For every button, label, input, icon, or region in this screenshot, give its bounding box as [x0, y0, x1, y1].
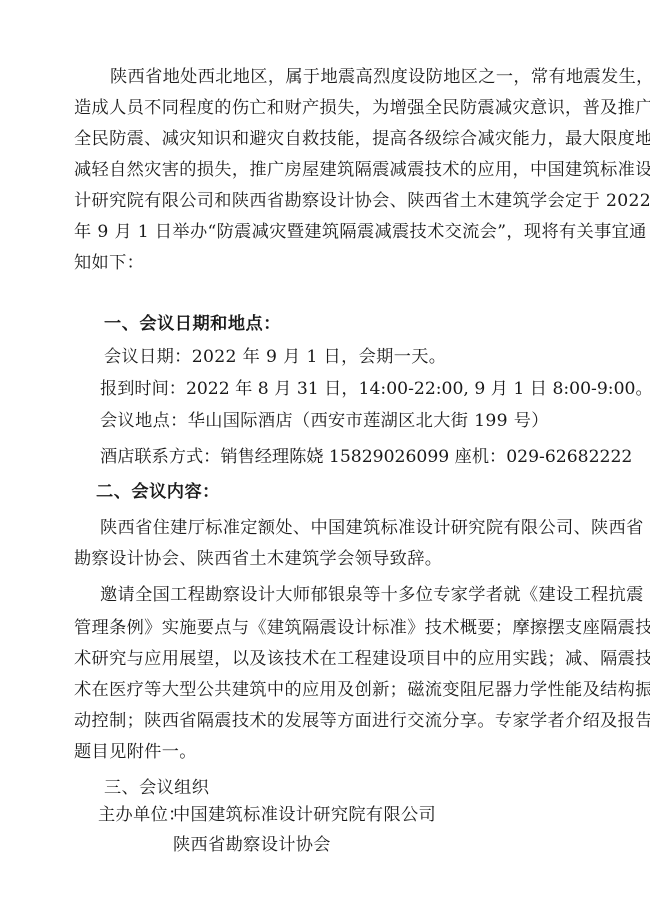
hotel-contact: 酒店联系方式：销售经理陈娆 15829026099 座机：029-6268222… [100, 446, 632, 468]
content-para2-line-5: 动控制；陕西省隔震技术的发展等方面进行交流分享。专家学者介绍及报告 [74, 710, 650, 732]
organizer-2: 陕西省勘察设计协会 [173, 834, 331, 856]
content-para2-line-1: 邀请全国工程勘察设计大师郁银泉等十多位专家学者就《建设工程抗震 [100, 584, 644, 606]
content-para2-line-3: 术研究与应用展望，以及该技术在工程建设项目中的应用实践；减、隔震技 [74, 648, 650, 670]
organizer-1: 中国建筑标准设计研究院有限公司 [173, 804, 436, 826]
meeting-date: 会议日期：2022 年 9 月 1 日，会期一天。 [104, 346, 446, 368]
document-page: 陕西省地处西北地区，属于地震高烈度设防地区之一，常有地震发生， 造成人员不同程度… [0, 0, 650, 919]
intro-line-7: 知如下： [74, 252, 144, 274]
content-para2-line-6: 题目见附件一。 [74, 741, 197, 763]
section1-heading: 一、会议日期和地点： [104, 313, 281, 335]
content-para2-line-4: 术在医疗等大型公共建筑中的应用及创新；磁流变阻尼器力学性能及结构振 [74, 679, 650, 701]
intro-line-3: 全民防震、减灾知识和避灾自救技能，提高各级综合减灾能力，最大限度地 [74, 128, 650, 150]
content-para1-line-1: 陕西省住建厅标准定额处、中国建筑标准设计研究院有限公司、陕西省 [100, 517, 644, 539]
registration-time: 报到时间：2022 年 8 月 31 日，14:00-22:00, 9 月 1 … [100, 378, 650, 400]
section2-heading: 二、会议内容： [96, 481, 220, 503]
content-para1-line-2: 勘察设计协会、陕西省土木建筑学会领导致辞。 [74, 548, 442, 570]
intro-line-4: 减轻自然灾害的损失，推广房屋建筑隔震减震技术的应用，中国建筑标准设 [74, 159, 650, 181]
intro-line-2: 造成人员不同程度的伤亡和财产损失，为增强全民防震减灾意识，普及推广 [74, 97, 650, 119]
content-para2-line-2: 管理条例》实施要点与《建筑隔震设计标准》技术概要；摩擦摆支座隔震技 [74, 617, 650, 639]
intro-line-5: 计研究院有限公司和陕西省勘察设计协会、陕西省土木建筑学会定于 2022 [74, 190, 650, 212]
intro-line-1: 陕西省地处西北地区，属于地震高烈度设防地区之一，常有地震发生， [110, 66, 650, 88]
meeting-venue: 会议地点：华山国际酒店（西安市莲湖区北大街 199 号） [100, 410, 549, 432]
intro-line-6: 年 9 月 1 日举办“防震减灾暨建筑隔震减震技术交流会”，现将有关事宜通 [74, 221, 647, 243]
section3-heading: 三、会议组织 [104, 777, 209, 799]
